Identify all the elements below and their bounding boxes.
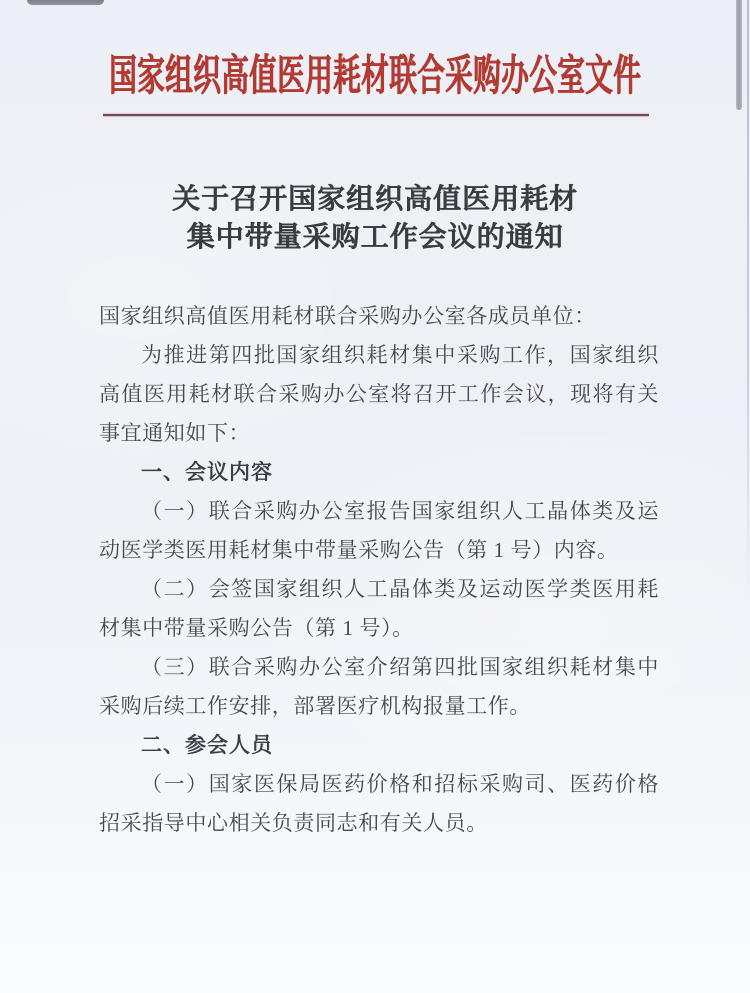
scrollbar-thumb[interactable]	[736, 0, 742, 110]
intro-paragraph: 为推进第四批国家组织耗材集中采购工作，国家组织高值医用耗材联合采购办公室将召开工…	[99, 336, 659, 453]
section-1-item-3: （三）联合采购办公室介绍第四批国家组织耗材集中采购后续工作安排，部署医疗机构报量…	[99, 648, 659, 726]
cropped-window-tab	[27, 0, 104, 5]
section-1-item-1: （一）联合采购办公室报告国家组织人工晶体类及运动医学类医用耗材集中带量采购公告（…	[99, 492, 659, 570]
section-1-item-2: （二）会签国家组织人工晶体类及运动医学类医用耗材集中带量采购公告（第 1 号）。	[99, 570, 659, 648]
document-body: 国家组织高值医用耗材联合采购办公室各成员单位： 为推进第四批国家组织耗材集中采购…	[99, 297, 659, 843]
document-header-banner: 国家组织高值医用耗材联合采购办公室文件	[30, 33, 720, 120]
document-title-line1: 关于召开国家组织高值医用耗材	[75, 181, 675, 219]
header-divider-rule	[103, 114, 649, 116]
section-1-heading: 一、会议内容	[99, 453, 659, 492]
scanned-document-page: 国家组织高值医用耗材联合采购办公室文件 关于召开国家组织高值医用耗材 集中带量采…	[0, 0, 750, 993]
salutation: 国家组织高值医用耗材联合采购办公室各成员单位：	[99, 297, 659, 336]
section-2-item-1: （一）国家医保局医药价格和招标采购司、医药价格招采指导中心相关负责同志和有关人员…	[99, 765, 659, 843]
document-title: 关于召开国家组织高值医用耗材 集中带量采购工作会议的通知	[75, 181, 675, 257]
document-title-line2: 集中带量采购工作会议的通知	[75, 219, 675, 257]
section-2-heading: 二、参会人员	[99, 726, 659, 765]
page-edge-line	[747, 0, 749, 600]
